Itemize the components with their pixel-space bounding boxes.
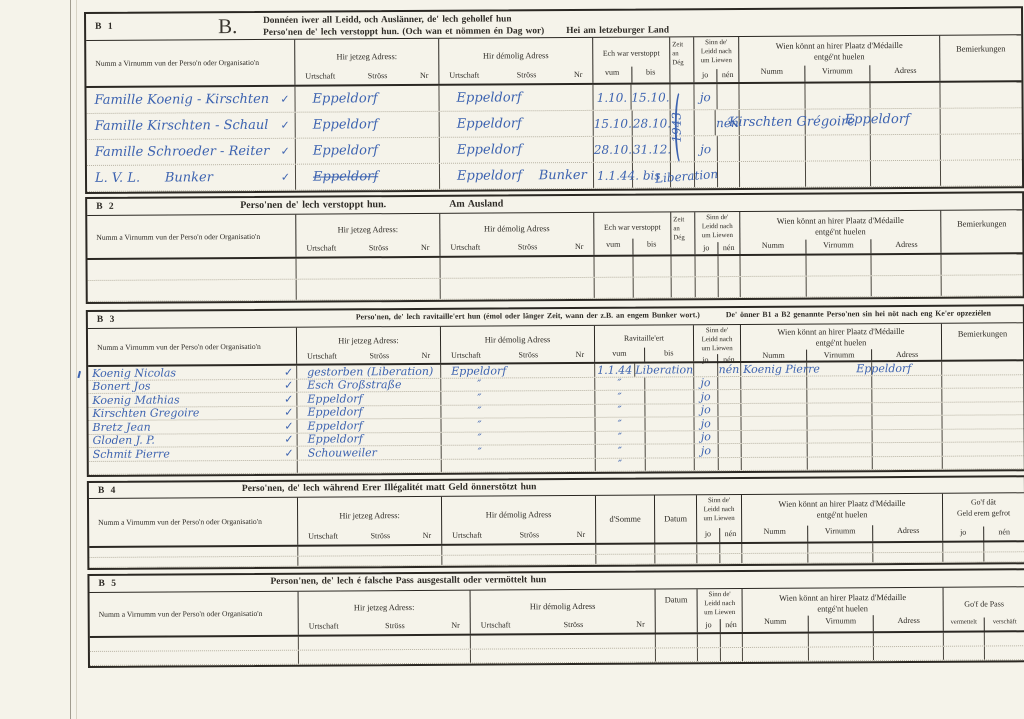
b3-rows: Koenig Nicolas✓ gestorben (Liberation) E…	[88, 361, 1024, 475]
ravitaillert-label: Ravitaille'ert	[595, 325, 693, 348]
col-medal-header: Wien könnt an hirer Plaatz d'Médailleent…	[738, 36, 939, 82]
jo-label: jo	[698, 619, 720, 632]
col-name-header: Numm a Virnumm vun der Perso'n oder Orga…	[89, 498, 297, 546]
urtschaft-label: Urtschaft	[308, 531, 338, 540]
hw-current-address: Eppeldorf	[313, 117, 378, 132]
section-label: B 4	[89, 485, 118, 495]
pen-mark	[77, 371, 81, 378]
col-medal-header: Wien könnt an hirer Plaatz d'Médailleent…	[740, 324, 941, 361]
section-title-part1: Perso'nen, de' lech ravitaille'ert hun (…	[356, 310, 700, 321]
hw-current-address: Esch Großstraße	[307, 378, 401, 392]
stross-label: Ströss	[517, 70, 537, 79]
col-name-header: Numm a Virnumm vun der Perso'n oder Orga…	[86, 40, 294, 86]
hw-former-address: Eppeldorf	[451, 364, 506, 377]
hw-ditto: ″	[478, 432, 482, 445]
section-label: B 5	[89, 579, 118, 589]
col-zeit-header: Zeit an Dég	[669, 37, 693, 82]
hw-medal-address: Eppeldorf	[856, 362, 911, 375]
adress-label: Adress	[870, 239, 941, 253]
hw-jo: jo	[701, 444, 711, 457]
col-alive-header: Sinn de'Leidd nachum Liewen jonén	[697, 589, 742, 632]
zeit-label: an	[673, 224, 694, 233]
b2-column-headers: Numm a Virnumm vun der Perso'n oder Orga…	[87, 210, 1022, 260]
hidden-label: Ech war verstoppt	[593, 37, 669, 66]
hw-former-address: Eppeldorf	[456, 90, 521, 105]
col-medal-header: Wien könnt an hirer Plaatz d'Médailleent…	[739, 211, 940, 254]
zeit-label: Dég	[672, 59, 693, 68]
urtschaft-label: Urtschaft	[451, 351, 481, 360]
hw-jo: jo	[701, 390, 711, 403]
col-remarks-header: Bemierkungen	[940, 210, 1022, 253]
nen-label: nén	[717, 242, 740, 254]
check-icon: ✓	[280, 93, 289, 106]
col-datum-header: Datum	[654, 495, 696, 542]
section-subtitle: Am Ausland	[449, 198, 503, 209]
col-hidden-period-header: Ech war verstoppt vumbis	[593, 212, 670, 254]
adress-label: Adress	[869, 65, 940, 81]
hw-jo: jo	[701, 403, 711, 416]
virnumm-label: Virnumm	[806, 349, 871, 361]
col-current-address-header: Hir jetzeg Adress: UrtschaftStrössNr	[294, 39, 438, 85]
stross-label: Ströss	[369, 243, 389, 252]
hw-name: Gloden J. P.	[93, 434, 155, 447]
zeit-label: an	[672, 49, 693, 58]
hw-ditto: ″	[477, 405, 481, 418]
medal-label: entgé'nt huelen	[739, 51, 939, 64]
b5-column-headers: Numm a Virnumm vun der Perso'n oder Orga…	[90, 587, 1024, 638]
verschaft-label: verschäft	[984, 617, 1024, 630]
nen-label: nén	[719, 619, 742, 632]
section-title: Perso'nen, de' lech ravitaille'ert hun (…	[356, 308, 991, 321]
b2-rows	[88, 254, 1023, 302]
hw-medal-address: Eppeldorf	[845, 112, 910, 127]
urtschaft-label: Urtschaft	[305, 71, 335, 80]
col-remarks-header: Bemierkungen	[941, 323, 1023, 360]
hw-date-to: 31.12.	[633, 142, 671, 156]
hw-ditto: ″	[618, 431, 622, 444]
urtschaft-label: Urtschaft	[450, 243, 480, 252]
adress-label: Adress	[872, 525, 943, 541]
page-fold-line	[70, 0, 71, 719]
col-medal-header: Wien könnt an hirer Plaatz d'Médailleent…	[741, 494, 942, 542]
check-icon: ✓	[281, 145, 290, 158]
check-icon: ✓	[284, 392, 293, 405]
b5-rows	[90, 632, 1024, 666]
col-name-header: Numm a Virnumm vun der Perso'n oder Orga…	[87, 215, 295, 258]
virnumm-label: Virnumm	[804, 65, 869, 81]
alive-label: um Liewen	[694, 57, 738, 66]
nr-label: Nr	[423, 531, 432, 540]
alive-label: um Liewen	[698, 609, 742, 618]
remarks-cell	[940, 134, 1022, 160]
col-alive-header: Sinn de'Leidd nachum Liewen jonén	[693, 37, 738, 82]
current-address-label: Hir jetzeg Adress:	[296, 214, 439, 244]
col-current-address-header: Hir jetzeg Adress: UrtschaftStrössNr	[298, 591, 470, 635]
stross-label: Ströss	[564, 620, 584, 629]
hw-ditto: ″	[477, 391, 481, 404]
hw-nen: nén	[719, 363, 740, 376]
urtschaft-label: Urtschaft	[452, 531, 482, 540]
hw-ditto: ″	[618, 458, 622, 471]
section-big-letter: B.	[218, 14, 237, 39]
hw-ditto: ″	[618, 390, 622, 403]
b4-column-headers: Numm a Virnumm vun der Perso'n oder Orga…	[89, 493, 1024, 548]
nr-label: Nr	[636, 620, 645, 629]
table-row	[88, 275, 1023, 302]
col-former-address-header: Hir démolig Adress UrtschaftStrössNr	[438, 38, 592, 84]
section-label: B 2	[87, 202, 116, 212]
adress-label: Adress	[873, 615, 944, 631]
col-name-header: Numm a Virnumm vun der Perso'n oder Orga…	[90, 592, 298, 636]
urtschaft-label: Urtschaft	[449, 71, 479, 80]
b1-column-headers: Numm a Virnumm vun der Perso'n oder Orga…	[86, 35, 1021, 88]
medal-label: entgé'nt huelen	[743, 603, 943, 616]
hw-ditto: ″	[478, 445, 482, 458]
stross-label: Ströss	[518, 350, 538, 359]
alive-label: Sinn de'	[697, 497, 741, 506]
hw-date-from: 15.10.	[594, 116, 632, 130]
col-current-address-header: Hir jetzeg Adress: UrtschaftStrössNr	[295, 214, 439, 257]
hw-date-from: 1.10.	[597, 90, 628, 104]
col-somme-header: d'Somme	[595, 496, 654, 543]
b1-rows: Famille Koenig - Kirschten✓ Eppeldorf Ep…	[86, 82, 1022, 192]
virnumm-label: Virnumm	[808, 615, 873, 631]
col-pass-header: Go'f de Pass vermetteltverschäft	[943, 587, 1024, 631]
section-heading: Donnéen iwer all Leidd, och Auslänner, d…	[263, 12, 669, 39]
alive-label: Sinn de'	[695, 214, 739, 223]
stross-label: Ströss	[368, 71, 388, 80]
check-icon: ✓	[284, 379, 293, 392]
hw-ditto: ″	[618, 404, 622, 417]
nr-label: Nr	[576, 350, 585, 359]
zeit-label: Zeit	[672, 40, 693, 49]
medal-label: entgé'nt huelen	[742, 509, 942, 522]
vum-label: vum	[594, 239, 632, 255]
virnumm-label: Virnumm	[807, 525, 872, 541]
nen-label: nén	[716, 69, 739, 82]
hw-former-address: Eppeldorf	[457, 142, 522, 157]
section-title: Perso'nen, de' lech während Erer Illégal…	[242, 482, 537, 494]
hw-date-from: 1.1.44	[597, 363, 632, 376]
check-icon: ✓	[284, 433, 293, 446]
numm-label: Numm	[739, 66, 804, 82]
section-b5: B 5 Person'nen, de' lech é falsche Pass …	[87, 568, 1024, 668]
check-icon: ✓	[281, 171, 290, 184]
hw-name: Koenig Mathias	[92, 393, 179, 407]
section-b3: B 3 Perso'nen, de' lech ravitaille'ert h…	[86, 304, 1024, 477]
nr-label: Nr	[575, 242, 584, 251]
alive-label: um Liewen	[694, 345, 740, 354]
alive-label: Leidd nach	[697, 506, 741, 515]
hw-current-address: Eppeldorf	[307, 406, 362, 419]
former-address-label: Hir démolig Adress	[440, 213, 593, 243]
hw-jo: jo	[700, 142, 711, 156]
hw-current-address: Schouweiler	[308, 446, 377, 459]
col-former-address-header: Hir démolig Adress UrtschaftStrössNr	[440, 326, 594, 363]
col-ravitaillert-header: Ravitaille'ert vumbis	[594, 325, 693, 362]
hw-current-address: Eppeldorf	[307, 392, 362, 405]
hw-jo: jo	[701, 430, 711, 443]
bis-label: bis	[632, 238, 671, 254]
col-current-address-header: Hir jetzeg Adress: UrtschaftStrössNr	[297, 497, 441, 545]
hw-date-to: 28.10.	[633, 116, 671, 130]
hw-current-address: Eppeldorf	[313, 143, 378, 158]
col-zeit-header: Zeit an Dég	[670, 212, 694, 254]
numm-label: Numm	[742, 526, 807, 542]
check-icon: ✓	[280, 119, 289, 132]
stross-label: Ströss	[371, 531, 391, 540]
col-alive-header: Sinn de'Leidd nachum Liewen jonén	[696, 495, 741, 542]
nr-label: Nr	[577, 530, 586, 539]
col-name-header: Numm a Virnumm vun der Perso'n oder Orga…	[88, 328, 296, 365]
alive-label: Sinn de'	[694, 327, 740, 336]
hw-name: Famille Koenig - Kirschten	[94, 92, 269, 108]
jo-label: jo	[697, 528, 719, 542]
hw-current-address: Eppeldorf	[307, 419, 362, 432]
zeit-label: Zeit	[673, 215, 694, 224]
vum-label: vum	[595, 348, 644, 362]
current-address-label: Hir jetzeg Adress:	[298, 497, 441, 532]
col-medal-header: Wien könnt an hirer Plaatz d'Médailleent…	[742, 588, 943, 632]
nr-label: Nr	[574, 70, 583, 79]
nen-label: nén	[719, 528, 742, 542]
col-former-address-header: Hir démolig Adress UrtschaftStrössNr	[439, 213, 593, 256]
resistance-aid-form: B 1 B. Donnéen iwer all Leidd, och Auslä…	[84, 6, 1024, 668]
current-address-label: Hir jetzeg Adress:	[299, 591, 470, 622]
former-address-label: Hir démolig Adress	[439, 38, 592, 71]
adress-label: Adress	[871, 348, 942, 360]
check-icon: ✓	[284, 419, 293, 432]
former-address-label: Hir démolig Adress	[442, 496, 595, 531]
alive-label: um Liewen	[697, 515, 741, 524]
hw-date-from: 28.10.	[594, 142, 632, 156]
urtschaft-label: Urtschaft	[307, 351, 337, 360]
hw-medal-name: Koenig Pierre	[743, 363, 820, 376]
zeit-label: Dég	[673, 234, 694, 243]
hw-former-address: Eppeldorf Bunker	[457, 168, 587, 184]
check-icon: ✓	[284, 446, 293, 459]
heading-line2: Perso'nen de' lech verstoppt hun. (Och w…	[263, 26, 544, 38]
hw-name: Koenig Nicolas	[92, 366, 176, 380]
col-former-address-header: Hir démolig Adress UrtschaftStrössNr	[470, 590, 655, 634]
heading-right: Hei am letzeburger Land	[566, 26, 669, 37]
medal-label: entgé'nt huelen	[740, 226, 940, 239]
b3-column-headers: Numm a Virnumm vun der Perso'n oder Orga…	[88, 323, 1023, 367]
vum-label: vum	[593, 67, 631, 83]
numm-label: Numm	[741, 349, 806, 361]
numm-label: Numm	[740, 240, 805, 254]
col-remarks-header: Bemierkungen	[939, 35, 1021, 81]
section-title: Perso'nen de' lech verstoppt hun.	[240, 199, 386, 211]
hw-jo: jo	[700, 90, 711, 104]
nr-label: Nr	[422, 351, 431, 360]
nr-label: Nr	[420, 71, 429, 80]
alive-label: Sinn de'	[694, 39, 738, 48]
former-address-label: Hir démolig Adress	[471, 590, 655, 621]
alive-label: Leidd nach	[698, 600, 742, 609]
bis-label: bis	[644, 347, 694, 361]
hw-former-address: Eppeldorf	[457, 116, 522, 131]
urtschaft-label: Urtschaft	[481, 620, 511, 629]
stross-label: Ströss	[518, 242, 538, 251]
nr-label: Nr	[451, 621, 460, 630]
current-address-label: Hir jetzeg Adress:	[297, 327, 440, 352]
hw-name: Famille Schroeder - Reiter	[95, 144, 270, 160]
alive-label: Sinn de'	[698, 591, 742, 600]
col-money-returned-header: Go'f dâtGeld erem gefrot jonén	[942, 493, 1024, 541]
table-row: L. V. L. Bunker✓ Eppeldorf Eppeldorf Bun…	[87, 160, 1022, 192]
alive-label: Leidd nach	[694, 336, 740, 345]
hw-name: Bretz Jean	[92, 420, 150, 433]
remarks-cell	[940, 108, 1022, 134]
alive-label: um Liewen	[695, 232, 739, 241]
nr-label: Nr	[421, 243, 430, 252]
alive-label: Leidd nach	[694, 48, 738, 57]
jo-label: jo	[943, 527, 983, 541]
stross-label: Ströss	[369, 351, 389, 360]
hw-period: 1.1.44. bis	[597, 168, 661, 182]
section-title: Person'nen, de' lech é falsche Pass ausg…	[270, 575, 546, 587]
stross-label: Ströss	[385, 621, 405, 630]
section-title-part2: De' önner B1 a B2 genannte Perso'nen sin…	[726, 308, 991, 319]
hw-name: Bonert Jos	[92, 380, 150, 393]
hw-year-note: 1943	[670, 107, 684, 147]
hw-name: Kirschten Gregoire	[92, 407, 199, 421]
hw-name: L. V. L. Bunker	[95, 170, 213, 186]
former-address-label: Hir démolig Adress	[441, 326, 594, 351]
hw-ditto: ″	[617, 377, 621, 390]
current-address-label: Hir jetzeg Adress:	[295, 39, 438, 72]
section-label: B 1	[86, 22, 115, 32]
hw-name: Famille Kirschten - Schaul	[95, 118, 269, 134]
pass-label: Go'f de Pass	[944, 587, 1024, 617]
nen-label: nén	[983, 526, 1024, 540]
hw-current-address: Eppeldorf	[312, 91, 377, 106]
col-former-address-header: Hir démolig Adress UrtschaftStrössNr	[441, 496, 595, 544]
hw-ditto: ″	[618, 444, 622, 457]
col-current-address-header: Hir jetzeg Adress: UrtschaftStrössNr	[296, 327, 440, 364]
bis-label: bis	[631, 66, 670, 82]
remarks-cell	[939, 82, 1021, 108]
hw-current-address: gestorben (Liberation)	[307, 365, 433, 379]
alive-label: Leidd nach	[695, 223, 739, 232]
section-b2: B 2 Perso'nen de' lech verstoppt hun. Am…	[85, 191, 1024, 304]
money-returned-label: Geld erem gefrot	[943, 508, 1024, 519]
hw-ditto: ″	[477, 418, 481, 431]
money-returned-label: Go'f dât	[943, 497, 1024, 508]
jo-label: jo	[694, 69, 716, 82]
col-alive-header: Sinn de'Leidd nachum Liewen jonén	[693, 325, 740, 361]
virnumm-label: Virnumm	[805, 239, 870, 253]
hw-jo: jo	[700, 376, 710, 389]
stross-label: Ströss	[520, 530, 540, 539]
hidden-label: Ech war verstoppt	[594, 212, 670, 238]
hw-current-address: Eppeldorf	[308, 433, 363, 446]
col-datum-header: Datum	[655, 589, 697, 632]
section-b1: B 1 B. Donnéen iwer all Leidd, och Auslä…	[84, 6, 1024, 194]
hw-ditto: ″	[618, 417, 622, 430]
numm-label: Numm	[743, 616, 808, 632]
urtschaft-label: Urtschaft	[309, 621, 339, 630]
section-label: B 3	[88, 315, 117, 325]
section-b4: B 4 Perso'nen, de' lech während Erer Ill…	[87, 475, 1024, 570]
hw-ditto: ″	[477, 378, 481, 391]
col-hidden-period-header: Ech war verstoppt vumbis	[592, 37, 669, 82]
hw-date-to: 15.10.	[631, 90, 669, 104]
check-icon: ✓	[284, 365, 293, 378]
hw-date-to: Liberation	[635, 363, 693, 376]
col-alive-header: Sinn de'Leidd nachum Liewen jonén	[694, 212, 739, 254]
page-fold-line-light	[76, 0, 77, 719]
hw-current-address-struck: Eppeldorf	[313, 169, 378, 184]
hw-jo: jo	[701, 417, 711, 430]
hw-medal-name: Kirschten Grégoire	[729, 114, 855, 130]
check-icon: ✓	[284, 406, 293, 419]
remarks-cell	[940, 160, 1022, 186]
hw-name: Schmit Pierre	[93, 447, 170, 460]
vermettelt-label: vermettelt	[944, 618, 984, 631]
urtschaft-label: Urtschaft	[306, 243, 336, 252]
jo-label: jo	[695, 242, 717, 254]
